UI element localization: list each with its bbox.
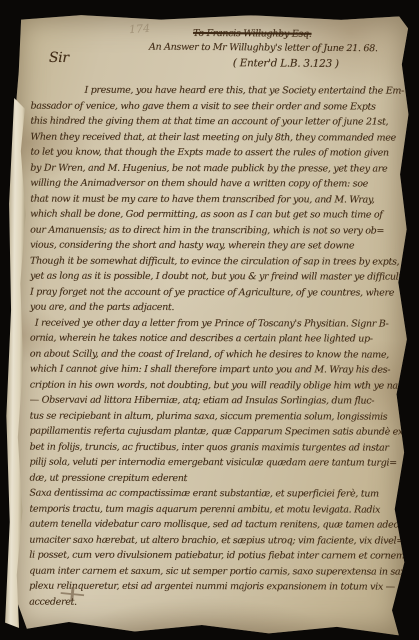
letter-body: I presume, you have heard ere this, that… (29, 83, 412, 624)
manuscript-line: — Observavi ad littora Hiberniæ, atq; et… (30, 393, 412, 410)
manuscript-line: ornia, wherein he takes notice and descr… (30, 331, 412, 348)
manuscript-line: yet as long as it is possible, I doubt n… (30, 269, 412, 286)
manuscript-line: Though it be somewhat difficult, to evin… (30, 253, 412, 270)
manuscript-line: Saxa dentissima ac compactissimæ erant s… (29, 486, 411, 503)
manuscript-line: I presume, you have heard ere this, that… (30, 83, 412, 100)
manuscript-line: which shall be done, God permitting, as … (30, 207, 412, 224)
paragraph: I presume, you have heard ere this, that… (30, 83, 412, 254)
paragraph: I received ye other day a letter from ye… (30, 315, 412, 393)
manuscript-line: umaciter saxo hærebat, ut altero brachio… (29, 532, 411, 549)
manuscript-line: our Amanuensis; as to direct him in the … (30, 222, 412, 239)
manuscript-line: to let you know, that though the Expts m… (30, 145, 412, 162)
manuscript-scan: 174 To Francis Willughby Esq. An Answer … (0, 0, 419, 640)
manuscript-line: pilij sola, veluti per internodia emerge… (29, 455, 411, 472)
manuscript-line: temporis tractu, tum magis aquarum peren… (29, 501, 411, 518)
manuscript-line: dæ, ut pressione crepitum ederent (29, 470, 411, 487)
collation-mark: + (56, 581, 90, 609)
struck-addressee: To Francis Willughby Esq. (193, 28, 311, 40)
manuscript-line: bet in folijs, truncis, ac fructibus, in… (30, 439, 412, 456)
manuscript-line: which I cannot give him: I shall therefo… (30, 362, 412, 379)
manuscript-line: autem tenella videbatur caro mollisque, … (29, 517, 411, 534)
manuscript-line: When they received that, at their last m… (30, 129, 412, 146)
manuscript-line: you are, and the parts adjacent. (30, 300, 412, 317)
manuscript-line: tus se recipiebant in altum, plurima sax… (30, 408, 412, 425)
manuscript-line: papillamentis referta cujusdam plantæ, q… (30, 424, 412, 441)
manuscript-line: willing the Animadversor on them should … (30, 176, 412, 193)
manuscript-line: I pray forget not the account of ye prac… (30, 284, 412, 301)
manuscript-line: on about Scilly, and the coast of Irelan… (30, 346, 412, 363)
salutation: Sir (49, 50, 69, 66)
paragraph: Though it be somewhat difficult, to evin… (30, 253, 412, 316)
page-number: 174 (129, 22, 151, 36)
manuscript-line: li posset, cum vero divulsionem patiebat… (29, 548, 411, 565)
manuscript-line: that now it must be my care to have them… (30, 191, 412, 208)
manuscript-line: by Dr Wren, and M. Hugenius, be not made… (30, 160, 412, 177)
manuscript-line: this hindred the giving them at that tim… (30, 114, 412, 131)
manuscript-line: bassador of venice, who gave them a visi… (30, 98, 412, 115)
register-entry: ( Enter'd L.B. 3.123 ) (233, 57, 339, 70)
paragraph: — Observavi ad littora Hiberniæ, atq; et… (29, 393, 411, 487)
paper-sheet: 174 To Francis Willughby Esq. An Answer … (7, 12, 411, 638)
manuscript-line: quam inter carnem et saxum, sic ut sempe… (29, 563, 411, 580)
manuscript-line: cription in his own words, not doubting,… (30, 377, 412, 394)
docket-line: An Answer to Mr Willughby's letter of Ju… (149, 42, 378, 55)
manuscript-line: I received ye other day a letter from ye… (30, 315, 412, 332)
manuscript-line: vious, considering the short and hasty w… (30, 238, 412, 255)
